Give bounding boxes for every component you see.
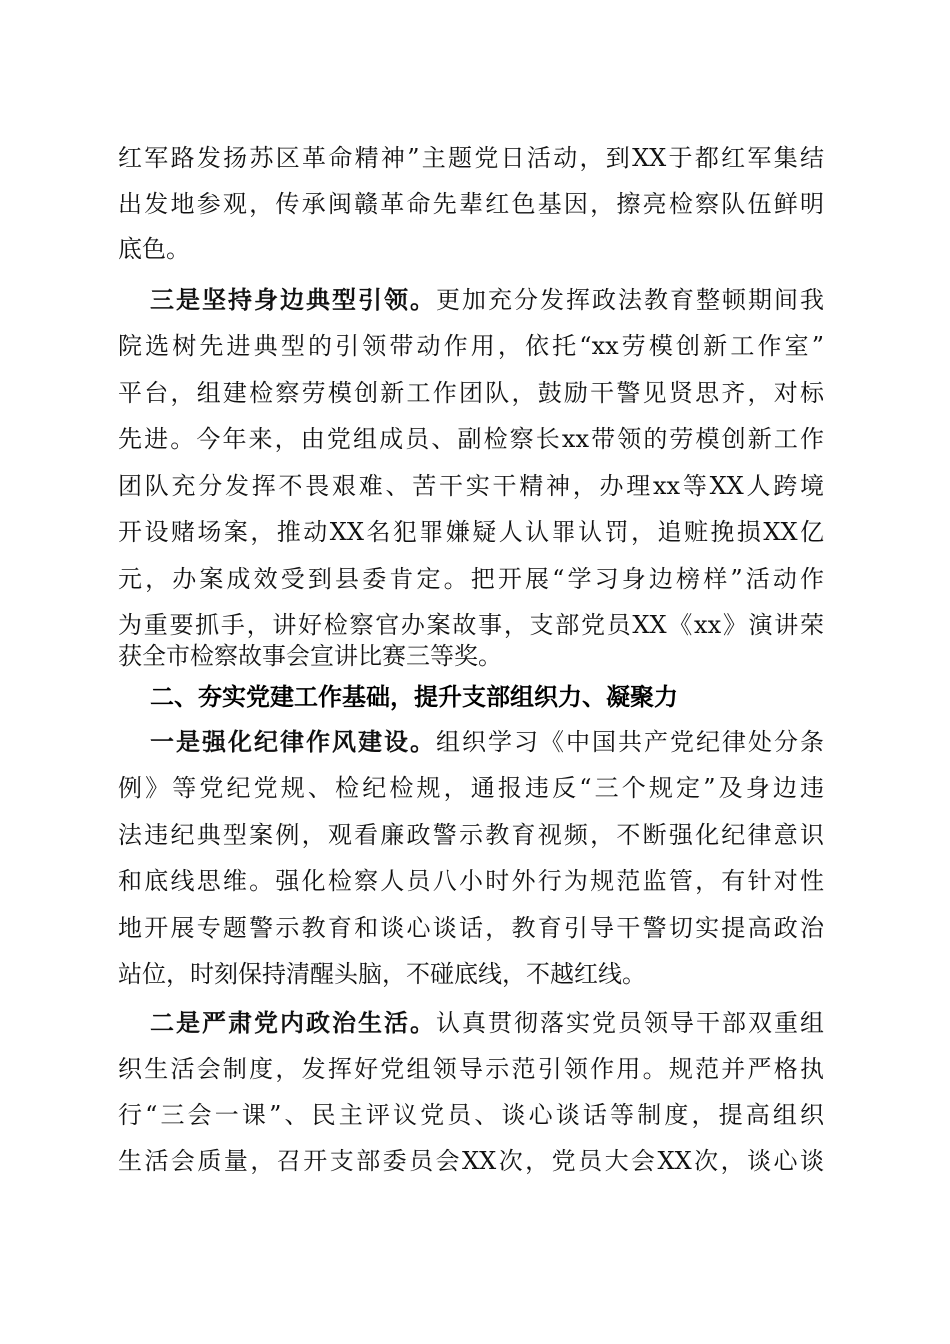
section-heading: 二、夯实党建工作基础，提升支部组织力、凝聚力: [150, 677, 824, 717]
run-in-heading: 三是坚持身边典型引领。: [150, 285, 436, 314]
text-line: 出发地参观，传承闽赣革命先辈红色基因，擦亮检察队伍鲜明: [118, 184, 824, 224]
text-line: 开设赌场案，推动XX名犯罪嫌疑人认罪认罚，追赃挽损XX亿: [118, 512, 824, 552]
run-in-heading: 二是严肃党内政治生活。: [150, 1008, 436, 1037]
text-span: 组织学习《中国共产党纪律处分条: [436, 728, 824, 756]
text-span: 更加充分发挥政法教育整顿期间我: [436, 286, 824, 314]
paragraph-first-line: 二是严肃党内政治生活。认真贯彻落实党员领导干部双重组: [150, 1003, 824, 1043]
text-line: 例》等党纪党规、检纪检规，通报违反“三个规定”及身边违: [118, 768, 824, 808]
text-line: 站位，时刻保持清醒头脑，不碰底线，不越红线。: [118, 954, 824, 994]
text-line: 法违纪典型案例，观看廉政警示教育视频，不断强化纪律意识: [118, 815, 824, 855]
text-line: 底色。: [118, 229, 824, 269]
text-line: 地开展专题警示教育和谈心谈话，教育引导干警切实提高政治: [118, 908, 824, 948]
text-line: 生活会质量，召开支部委员会XX次，党员大会XX次，谈心谈: [118, 1141, 824, 1181]
text-line: 院选树先进典型的引领带动作用，依托“xx劳模创新工作室”: [118, 326, 824, 366]
text-line: 红军路发扬苏区革命精神”主题党日活动，到XX于都红军集结: [118, 138, 824, 178]
document-page: 红军路发扬苏区革命精神”主题党日活动，到XX于都红军集结 出发地参观，传承闽赣革…: [0, 0, 950, 1344]
text-span: 认真贯彻落实党员领导干部双重组: [436, 1009, 824, 1037]
text-line: 先进。今年来，由党组成员、副检察长xx带领的劳模创新工作: [118, 419, 824, 459]
text-line: 平台，组建检察劳模创新工作团队，鼓励干警见贤思齐，对标: [118, 373, 824, 413]
run-in-heading: 一是强化纪律作风建设。: [150, 727, 436, 756]
text-line: 元，办案成效受到县委肯定。把开展“学习身边榜样”活动作: [118, 559, 824, 599]
paragraph-first-line: 一是强化纪律作风建设。组织学习《中国共产党纪律处分条: [150, 722, 824, 762]
text-line: 行“三会一课”、民主评议党员、谈心谈话等制度，提高组织: [118, 1095, 824, 1135]
text-line: 织生活会制度，发挥好党组领导示范引领作用。规范并严格执: [118, 1049, 824, 1089]
paragraph-first-line: 三是坚持身边典型引领。更加充分发挥政法教育整顿期间我: [150, 280, 824, 320]
text-line: 团队充分发挥不畏艰难、苦干实干精神，办理xx等XX人跨境: [118, 466, 824, 506]
text-line: 和底线思维。强化检察人员八小时外行为规范监管，有针对性: [118, 861, 824, 901]
text-line: 获全市检察故事会宣讲比赛三等奖。: [118, 636, 824, 676]
